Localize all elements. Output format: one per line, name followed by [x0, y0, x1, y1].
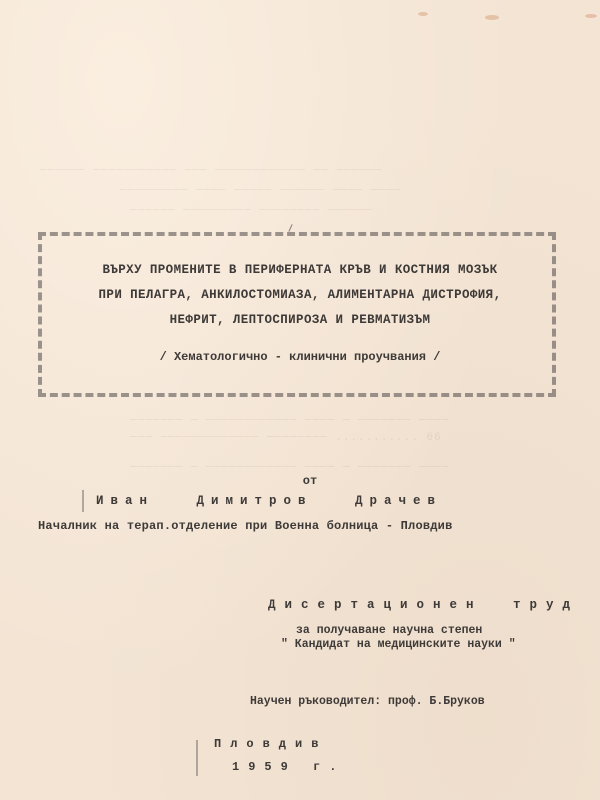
paper-stain: [418, 12, 428, 16]
year: 1959 г.: [232, 760, 345, 774]
city: Пловдив: [214, 737, 327, 751]
document-page: ────── ─────────── ─── ──────────── ── ─…: [0, 0, 600, 800]
paper-stain: [585, 14, 597, 18]
title-line-2: ПРИ ПЕЛАГРА, АНКИЛОСТОМИАЗА, АЛИМЕНТАРНА…: [0, 288, 600, 302]
author-name: Иван Димитров Драчев: [96, 494, 442, 508]
bleed-through-text: ─────── ─ ──────────── ──── ─ ─────── ──…: [130, 462, 449, 474]
bleed-through-text: ───────── ──── ───── ────── ──── ────: [120, 185, 401, 197]
subtitle: / Хематологично - клинични проучвания /: [0, 350, 600, 364]
bleed-through-text: ────── ───────── ──────── ──────: [130, 205, 373, 217]
paper-stain: [485, 15, 499, 20]
bleed-through-text: ─── ───────────── ──────── ........... 6…: [130, 432, 442, 444]
degree-line-2: " Кандидат на медицинските науки ": [281, 638, 516, 651]
degree-line-1: за получаване научна степен: [296, 624, 482, 637]
title-line-1: ВЪРХУ ПРОМЕНИТЕ В ПЕРИФЕРНАТА КРЪВ И КОС…: [0, 263, 600, 277]
dissertation-label: Дисертационен труд: [268, 598, 579, 612]
margin-pen-mark: [82, 490, 84, 512]
scientific-supervisor: Научен ръководител: проф. Б.Бруков: [250, 695, 485, 708]
bleed-through-text: ────── ─────────── ─── ──────────── ── ─…: [40, 165, 382, 177]
by-label: от: [10, 474, 600, 488]
author-position: Началник на терап.отделение при Военна б…: [38, 519, 452, 533]
title-line-3: НЕФРИТ, ЛЕПТОСПИРОЗА И РЕВМАТИЗЪМ: [0, 313, 600, 327]
pen-mark: [288, 224, 292, 232]
margin-pen-mark: [196, 740, 198, 776]
bleed-through-text: ─────── ─ ──────────── ──── ─ ─────── ──…: [130, 415, 449, 427]
